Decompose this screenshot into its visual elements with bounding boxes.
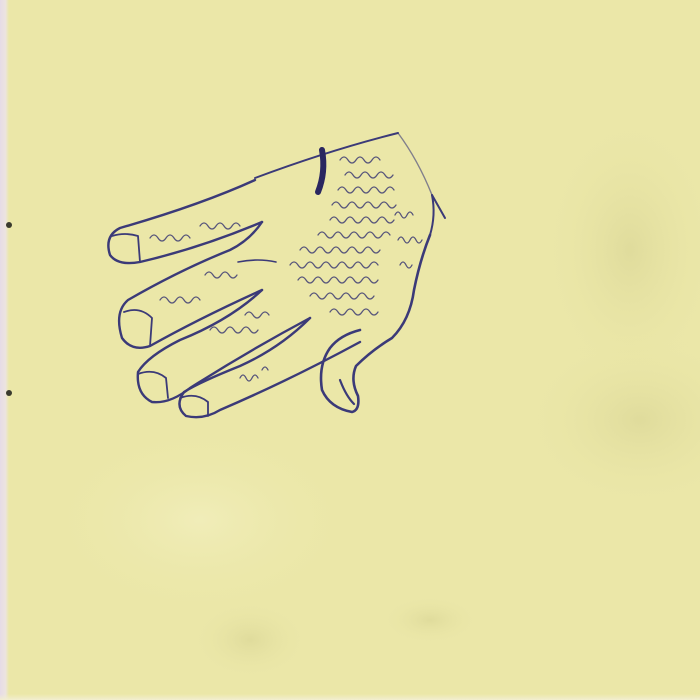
scanned-drawing xyxy=(0,0,700,700)
hand-drawing xyxy=(0,0,700,700)
